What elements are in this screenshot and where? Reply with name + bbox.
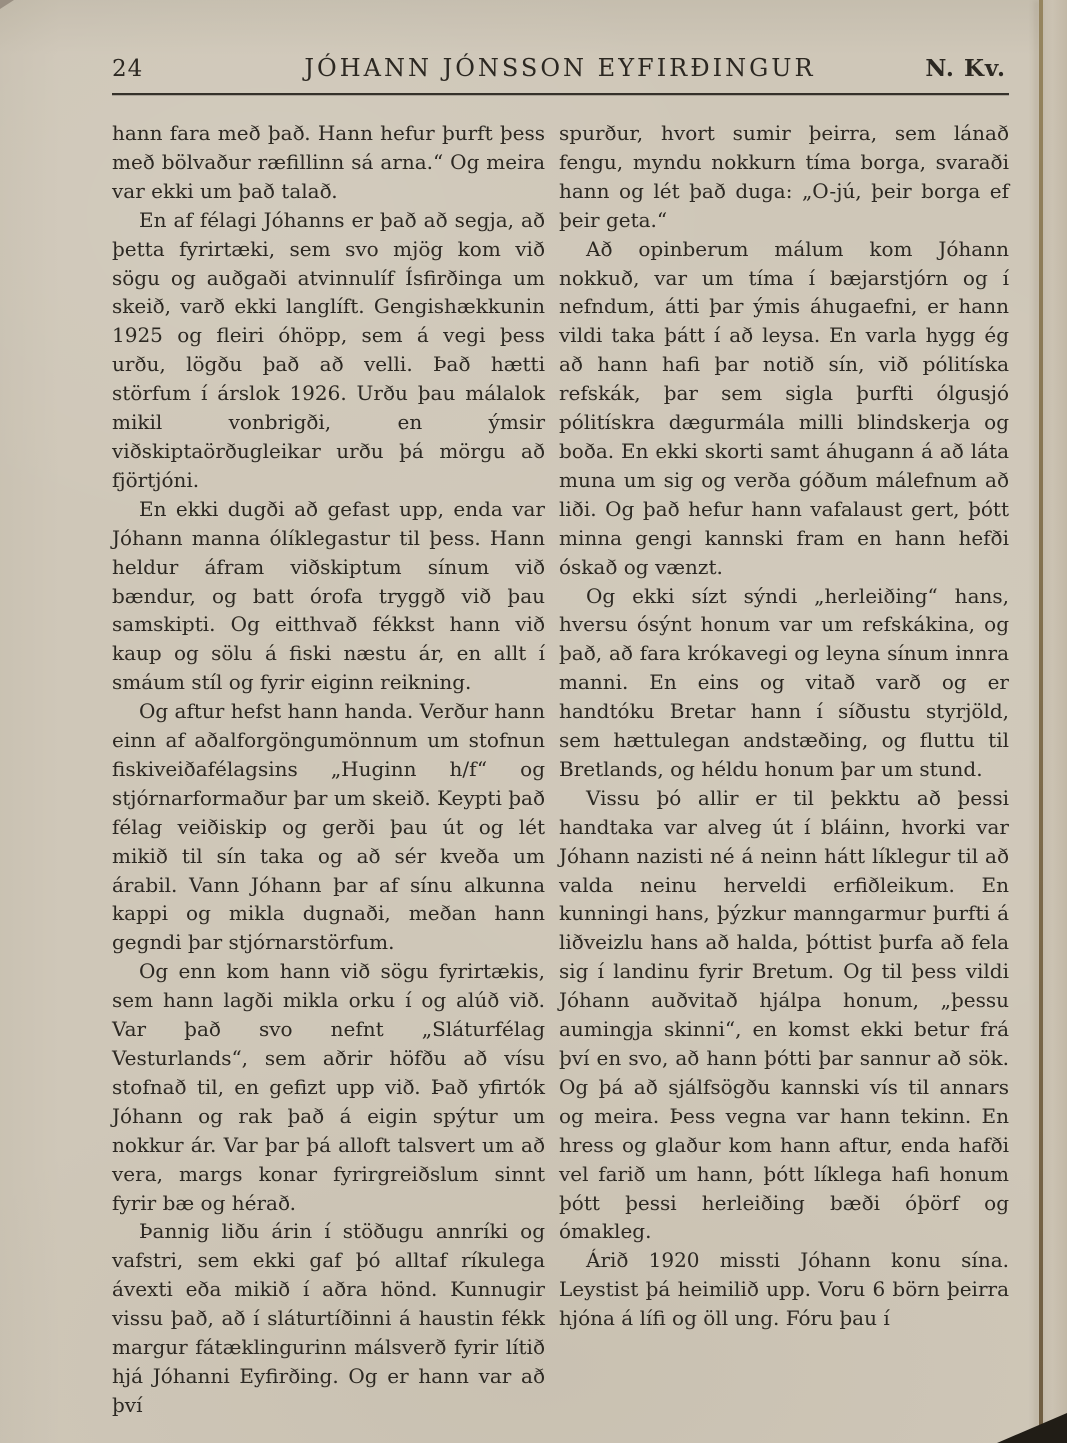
paragraph: Og aftur hefst hann handa. Verður hann e…: [112, 697, 545, 957]
paragraph: Árið 1920 missti Jóhann konu sína. Leyst…: [559, 1246, 1009, 1333]
paragraph: Að opinberum málum kom Jóhann nokkuð, va…: [559, 235, 1009, 582]
scanned-book-page: 24 JÓHANN JÓNSSON EYFIRÐINGUR N. Kv. han…: [0, 0, 1067, 1443]
left-column: hann fara með það. Hann hefur þurft þess…: [112, 119, 545, 1420]
text-body: hann fara með það. Hann hefur þurft þess…: [112, 119, 1009, 1420]
paragraph: En ekki dugði að gefast upp, enda var Jó…: [112, 495, 545, 697]
paragraph: spurður, hvort sumir þeirra, sem lánað f…: [559, 119, 1009, 235]
paragraph: En af félagi Jóhanns er það að segja, að…: [112, 206, 545, 495]
paragraph: Vissu þó allir er til þekktu að þessi ha…: [559, 784, 1009, 1247]
page-header: 24 JÓHANN JÓNSSON EYFIRÐINGUR N. Kv.: [112, 52, 1008, 86]
paragraph: Og enn kom hann við sögu fyrirtækis, sem…: [112, 957, 545, 1217]
right-column: spurður, hvort sumir þeirra, sem lánað f…: [559, 119, 1009, 1420]
paragraph: Þannig liðu árin í stöðugu annríki og va…: [112, 1217, 545, 1419]
edition-mark: N. Kv.: [925, 55, 1006, 82]
corner-smudge: [0, 0, 14, 9]
paragraph: hann fara með það. Hann hefur þurft þess…: [112, 119, 545, 206]
header-rule: [112, 93, 1009, 95]
binding-crease-line: [1039, 0, 1043, 1443]
paragraph: Og ekki sízt sýndi „herleiðing“ hans, hv…: [559, 582, 1009, 784]
running-title: JÓHANN JÓNSSON EYFIRÐINGUR: [112, 54, 1008, 82]
page-gutter-strip: [1043, 0, 1067, 1443]
